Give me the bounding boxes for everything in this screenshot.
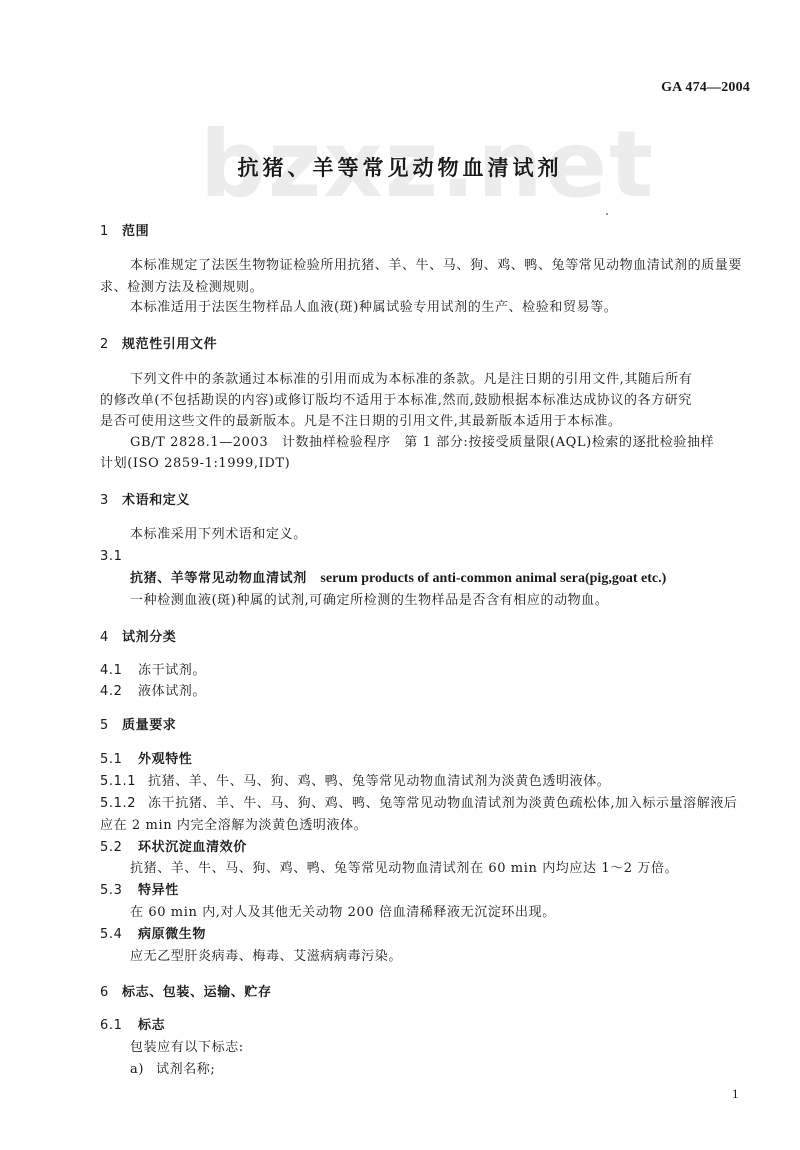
term-english: serum products of anti-common animal ser… <box>320 571 666 586</box>
document-title: 抗猪、羊等常见动物血清试剂 <box>0 152 800 182</box>
clause-6-1-heading: 6.1标志 <box>100 1018 165 1034</box>
section-6-heading: 6标志、包装、运输、贮存 <box>100 985 272 1001</box>
clause-6-1-intro: 包装应有以下标志: <box>130 1040 244 1056</box>
page-number: 1 <box>732 1086 739 1102</box>
clause-5-2-heading: 5.2环状沉淀血清效价 <box>100 840 247 856</box>
term-entry: 抗猪、羊等常见动物血清试剂 serum products of anti-com… <box>130 571 666 587</box>
section-2-paragraph-line-2: 的修改单(不包括勘误的内容)或修订版均不适用于本标准,然而,鼓励根据本标准达成协… <box>100 393 692 409</box>
normative-reference-cont: 计划(ISO 2859-1:1999,IDT) <box>100 456 290 472</box>
section-1-heading: 1范围 <box>100 224 149 240</box>
clause-4-1: 4.1冻干试剂。 <box>100 663 206 679</box>
clause-5-1-2-cont: 应在 2 min 内完全溶解为淡黄色透明液体。 <box>100 818 367 834</box>
clause-5-2-text: 抗猪、羊、牛、马、狗、鸡、鸭、兔等常见动物血清试剂在 60 min 内均应达 1… <box>130 861 678 877</box>
document-page: GA 474—2004 bzxz.net 抗猪、羊等常见动物血清试剂 1范围 本… <box>0 0 800 1150</box>
section-1-paragraph-2: 本标准适用于法医生物样品人血液(斑)种属试验专用试剂的生产、检验和贸易等。 <box>130 300 617 316</box>
section-2-paragraph-line-3: 是否可使用这些文件的最新版本。凡是不注日期的引用文件,其最新版本适用于本标准。 <box>100 414 622 430</box>
term-chinese: 抗猪、羊等常见动物血清试剂 <box>130 571 307 586</box>
clause-4-2: 4.2液体试剂。 <box>100 684 206 700</box>
clause-3-1-number: 3.1 <box>100 549 122 565</box>
section-5-heading: 5质量要求 <box>100 718 176 734</box>
section-4-heading: 4试剂分类 <box>100 630 176 646</box>
list-item: a)试剂名称; <box>130 1062 215 1078</box>
section-2-heading: 2规范性引用文件 <box>100 337 217 353</box>
clause-5-3-heading: 5.3特异性 <box>100 883 179 899</box>
term-definition: 一种检测血液(斑)种属的试剂,可确定所检测的生物样品是否含有相应的动物血。 <box>130 593 608 609</box>
scan-speck <box>606 213 608 215</box>
section-3-heading: 3术语和定义 <box>100 493 190 509</box>
clause-5-1-1: 5.1.1抗猪、羊、牛、马、狗、鸡、鸭、兔等常见动物血清试剂为淡黄色透明液体。 <box>100 774 610 790</box>
section-1-paragraph-1: 本标准规定了法医生物物证检验所用抗猪、羊、牛、马、狗、鸡、鸭、兔等常见动物血清试… <box>130 258 742 274</box>
clause-5-1-heading: 5.1外观特性 <box>100 752 192 768</box>
clause-5-4-heading: 5.4病原微生物 <box>100 927 206 943</box>
normative-reference: GB/T 2828.1—2003 计数抽样检验程序 第 1 部分:按接受质量限(… <box>130 435 714 451</box>
section-1-paragraph-1-cont: 求、检测方法及检测规则。 <box>100 280 263 296</box>
clause-5-4-text: 应无乙型肝炎病毒、梅毒、艾滋病病毒污染。 <box>130 949 402 965</box>
standard-code: GA 474—2004 <box>661 80 750 96</box>
clause-5-3-text: 在 60 min 内,对人及其他无关动物 200 倍血清稀释液无沉淀环出现。 <box>130 905 556 921</box>
section-2-paragraph-line-1: 下列文件中的条款通过本标准的引用而成为本标准的条款。凡是注日期的引用文件,其随后… <box>130 372 692 388</box>
clause-5-1-2: 5.1.2冻干抗猪、羊、牛、马、狗、鸡、鸭、兔等常见动物血清试剂为淡黄色疏松体,… <box>100 796 738 812</box>
section-3-intro: 本标准采用下列术语和定义。 <box>130 527 307 543</box>
